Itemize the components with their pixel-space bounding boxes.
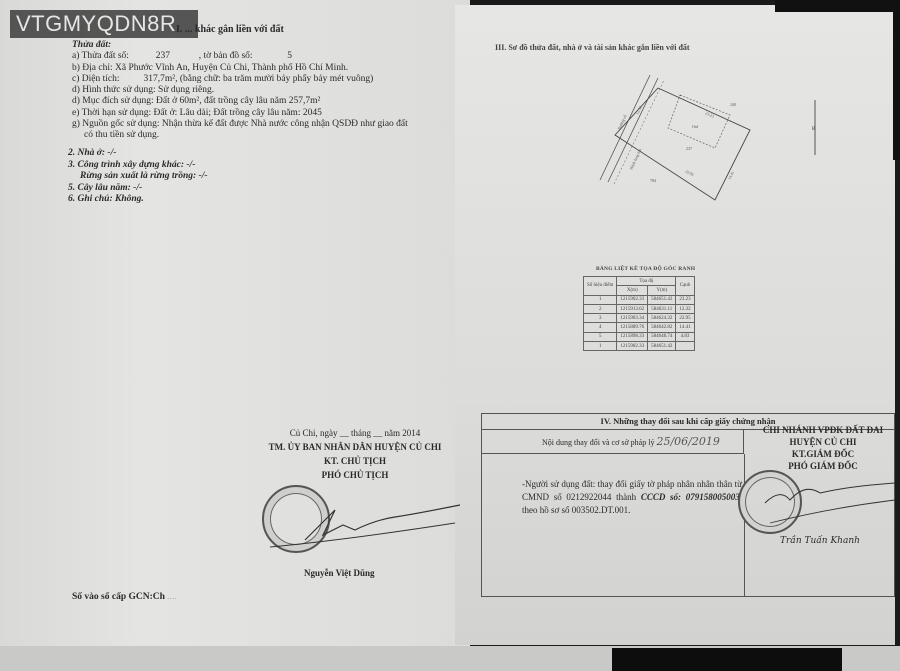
- coord-cell-point: 3: [584, 314, 617, 323]
- address-value: Xã Phước Vĩnh An, Huyện Củ Chi, Thành ph…: [115, 63, 348, 73]
- right-role-1: KT.GIÁM ĐỐC: [748, 448, 898, 460]
- other-construction-row: 3. Công trình xây dựng khác: -/-: [68, 160, 208, 172]
- coord-cell-x: 1215898.33: [617, 332, 648, 341]
- map-number: 5: [287, 51, 292, 61]
- changes-subheader: Nội dung thay đổi và cơ sở pháp lý 25/06…: [482, 429, 744, 454]
- right-signature-block: CHI NHÁNH VPĐK ĐẤT ĐAI HUYỆN CỦ CHI KT.G…: [748, 424, 898, 472]
- background-dark-right: [893, 0, 900, 160]
- svg-text:23.23: 23.23: [705, 110, 715, 118]
- usage-purpose-row: d) Mục đích sử dụng: Đất ở 60m², đất trồ…: [72, 96, 408, 107]
- branch-district: HUYỆN CỦ CHI: [748, 436, 898, 448]
- coord-cell-edge: 14.41: [676, 323, 694, 332]
- right-signer-name: Trần Tuấn Khanh: [780, 536, 860, 546]
- coord-cell-point: 1: [584, 342, 617, 351]
- usage-origin-row-2: có thu tiền sử dụng.: [72, 130, 408, 141]
- coord-cell-y: 584648.74: [648, 332, 676, 341]
- svg-text:784: 784: [650, 178, 656, 183]
- branch-org: CHI NHÁNH VPĐK ĐẤT ĐAI: [748, 424, 898, 436]
- coord-row: 51215898.33584648.744.83: [584, 332, 695, 341]
- signer-role-1: KT. CHỦ TỊCH: [250, 454, 460, 468]
- coord-cell-y: 584651.42: [648, 342, 676, 351]
- left-signature-block: Củ Chi, ngày __ tháng __ năm 2014 TM. ỦY…: [250, 426, 460, 482]
- signer-role-2: PHÓ CHỦ TỊCH: [250, 468, 460, 482]
- coord-row: 11215902.33584651.42: [584, 342, 695, 351]
- coord-cell-point: 1: [584, 295, 617, 304]
- coord-row: 31215903.34584624.3222.95: [584, 314, 695, 323]
- gcn-number: ....: [167, 592, 177, 602]
- coord-cell-y: 584624.32: [648, 314, 676, 323]
- svg-text:12.32: 12.32: [634, 105, 642, 115]
- coord-cell-x: 1215913.62: [617, 304, 648, 313]
- coord-cell-edge: 4.83: [676, 332, 694, 341]
- coord-cell-point: 5: [584, 332, 617, 341]
- coord-cell-edge: [676, 342, 694, 351]
- coord-row: 21215913.62584631.1112.32: [584, 304, 695, 313]
- issuing-org: TM. ỦY BAN NHÂN DÂN HUYỆN CỦ CHI: [250, 440, 460, 454]
- right-signature-scribble-icon: [760, 478, 900, 528]
- col-coord: Tọa độ: [617, 277, 676, 286]
- svg-text:Đường số: Đường số: [616, 114, 627, 130]
- coord-cell-x: 1215889.76: [617, 323, 648, 332]
- coord-table: Số hiệu điểm Tọa độ Cạnh X(m) Y(m) 11215…: [583, 276, 695, 351]
- svg-text:237: 237: [686, 146, 692, 151]
- area-value: 317,7m², (bằng chữ: ba trăm mười bảy phẩ…: [143, 74, 373, 84]
- usage-term-row: e) Thời hạn sử dụng: Đất ở: Lâu dài; Đất…: [72, 108, 408, 119]
- notes-row: 6. Ghi chú: Không.: [68, 194, 208, 206]
- coord-cell-edge: 23.23: [676, 295, 694, 304]
- left-signer-name: Nguyễn Việt Dũng: [304, 568, 375, 578]
- svg-text:240: 240: [730, 102, 736, 107]
- signature-scribble-icon: [265, 495, 465, 555]
- coord-row: 41215889.76584642.8214.41: [584, 323, 695, 332]
- cccd-number: CCCD số: 079158005003: [641, 492, 740, 502]
- assets-section: 2. Nhà ở: -/- 3. Công trình xây dựng khá…: [68, 148, 208, 206]
- parcel-number-row: a) Thửa đất số: 237 , tờ bản đồ số: 5: [72, 51, 408, 62]
- svg-text:14.41: 14.41: [726, 170, 735, 180]
- perennial-row: 5. Cây lâu năm: -/-: [68, 183, 208, 195]
- usage-form-row: d) Hình thức sử dụng: Sử dụng riêng.: [72, 85, 408, 96]
- left-heading: I. ... khác gắn liền với đất: [176, 24, 284, 35]
- coord-cell-edge: 22.95: [676, 314, 694, 323]
- coord-row: 11215902.33584651.4223.23: [584, 295, 695, 304]
- house-row: 2. Nhà ở: -/-: [68, 148, 208, 160]
- svg-text:Onf: Onf: [692, 124, 699, 129]
- coord-cell-y: 584631.11: [648, 304, 676, 313]
- col-point: Số hiệu điểm: [584, 277, 617, 296]
- background-dark-bottom: [612, 648, 842, 671]
- parcel-number: 237: [156, 51, 170, 61]
- coord-cell-x: 1215902.33: [617, 295, 648, 304]
- coord-cell-point: 4: [584, 323, 617, 332]
- coord-table-title: BẢNG LIỆT KÊ TỌA ĐỘ GÓC RANH: [596, 266, 695, 272]
- coord-cell-y: 584642.82: [648, 323, 676, 332]
- coord-cell-point: 2: [584, 304, 617, 313]
- background-dark: [775, 0, 900, 12]
- watermark: VTGMYQDN8R: [10, 10, 198, 38]
- usage-origin-row: g) Nguồn gốc sử dụng: Nhận thừa kế đất đ…: [72, 119, 408, 130]
- gcn-register: Số vào sổ cấp GCN:Ch ....: [72, 592, 177, 602]
- coord-cell-x: 1215903.34: [617, 314, 648, 323]
- plot-diagram-heading: III. Sơ đồ thửa đất, nhà ở và tài sản kh…: [495, 43, 690, 52]
- parcel-info: Thửa đất: a) Thửa đất số: 237 , tờ bản đ…: [72, 40, 408, 142]
- parcel-title: Thửa đất:: [72, 40, 408, 51]
- coord-cell-x: 1215902.33: [617, 342, 648, 351]
- area-row: c) Diện tích:317,7m², (bằng chữ: ba trăm…: [72, 74, 408, 85]
- handwritten-date: 25/06/2019: [656, 435, 719, 448]
- svg-text:Hành lang 6m: Hành lang 6m: [628, 147, 642, 170]
- issue-date: Củ Chi, ngày __ tháng __ năm 2014: [250, 426, 460, 440]
- changes-body: -Người sử dụng đất: thay đổi giấy tờ phá…: [522, 478, 742, 517]
- svg-text:22.95: 22.95: [685, 168, 695, 177]
- plot-diagram: Onf 237 240 784 23.23 22.95 14.41 12.32 …: [590, 70, 830, 220]
- forest-row: Rừng sản xuất là rừng trồng: -/-: [68, 171, 208, 183]
- col-x: X(m): [617, 286, 648, 295]
- col-edge: Cạnh: [676, 277, 694, 296]
- col-y: Y(m): [648, 286, 676, 295]
- coord-cell-edge: 12.32: [676, 304, 694, 313]
- address-row: b) Địa chỉ: Xã Phước Vĩnh An, Huyện Củ C…: [72, 63, 408, 74]
- coord-cell-y: 584651.42: [648, 295, 676, 304]
